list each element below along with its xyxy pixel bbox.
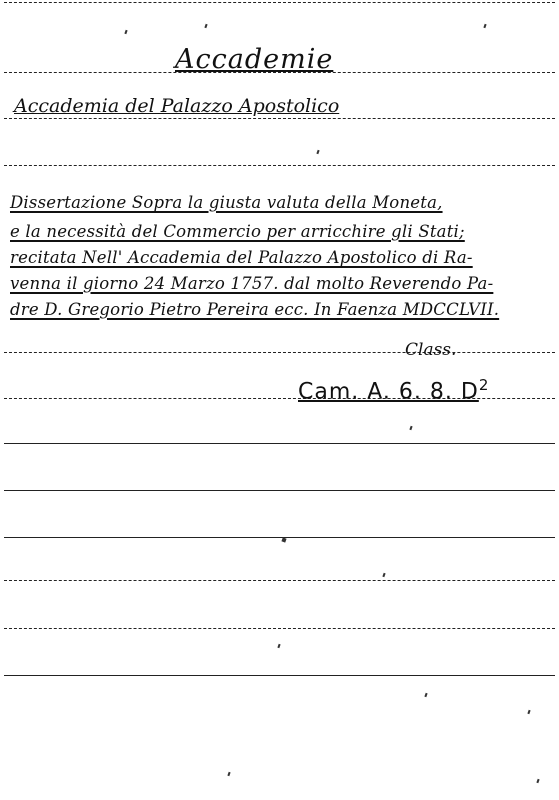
scan-speck xyxy=(409,426,412,430)
ruled-line xyxy=(4,580,555,581)
ruled-line xyxy=(4,165,555,166)
scan-speck xyxy=(204,24,207,28)
card-subject: Accademia del Palazzo Apostolico xyxy=(14,95,339,117)
entry-line: recitata Nell' Accademia del Palazzo Apo… xyxy=(10,248,473,267)
entry-line: e la necessità del Commercio per arricch… xyxy=(10,222,465,241)
shelfmark-text: Cam. A. 6. 8. D xyxy=(298,379,479,404)
entry-line: Dissertazione Sopra la giusta valuta del… xyxy=(10,193,443,212)
scan-speck xyxy=(316,150,319,154)
classification-label: Class. xyxy=(405,340,456,360)
ruled-line xyxy=(4,675,555,676)
ruled-line xyxy=(4,443,555,444)
scan-speck xyxy=(281,537,286,542)
entry-line: dre D. Gregorio Pietro Pereira ecc. In F… xyxy=(10,300,499,319)
scan-speck xyxy=(227,772,230,776)
scan-speck xyxy=(424,693,427,697)
entry-line: venna il giorno 24 Marzo 1757. dal molto… xyxy=(10,274,493,293)
shelfmark: Cam. A. 6. 8. D2 xyxy=(298,376,489,404)
ruled-line xyxy=(4,537,555,538)
ruled-line xyxy=(4,118,555,119)
scan-speck xyxy=(382,573,385,577)
scan-speck xyxy=(124,30,127,34)
ruled-line xyxy=(4,490,555,491)
scan-speck xyxy=(527,710,530,714)
scan-speck xyxy=(277,644,280,648)
shelfmark-superscript: 2 xyxy=(479,376,490,394)
scan-speck xyxy=(536,779,539,783)
ruled-line xyxy=(4,352,555,353)
ruled-line xyxy=(4,2,555,3)
scan-speck xyxy=(483,24,486,28)
card-heading: Accademie xyxy=(175,44,333,75)
ruled-line xyxy=(4,628,555,629)
